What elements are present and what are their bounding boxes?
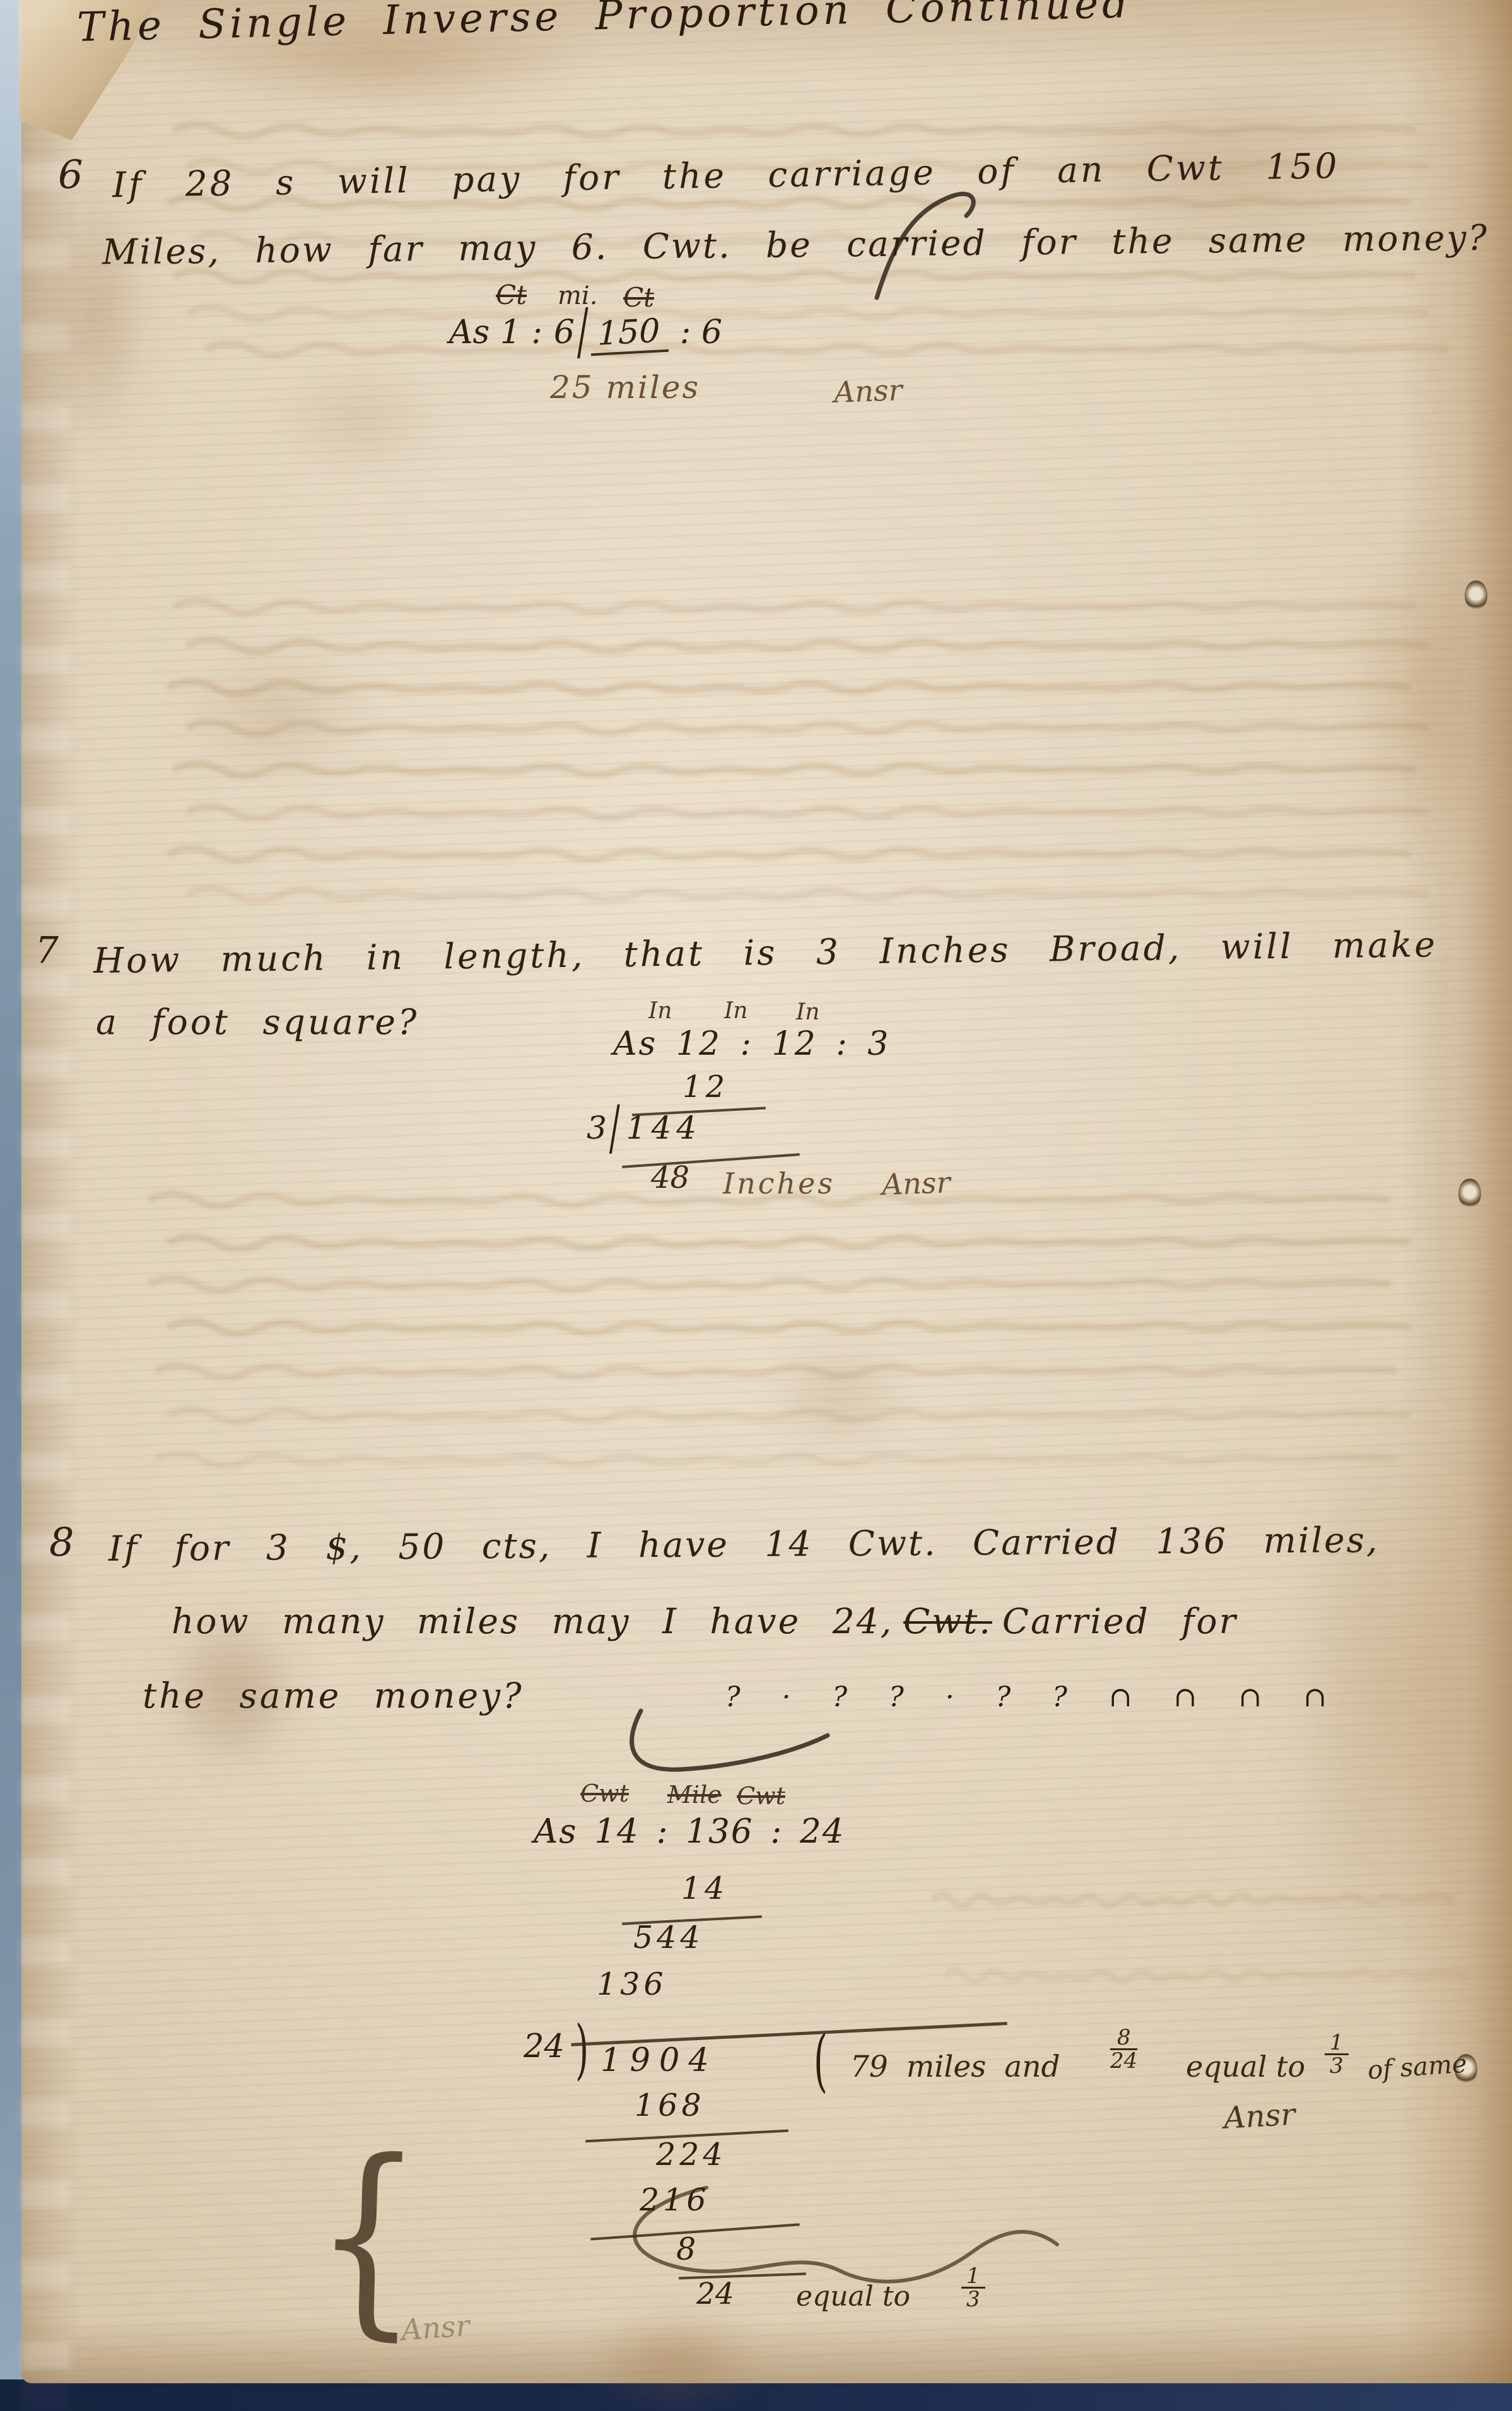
proportion-tail: : 6 xyxy=(680,314,722,351)
problem-7-division: 3∕144 xyxy=(587,1112,701,1145)
fraction-numerator: 8 xyxy=(1110,2027,1137,2050)
long-division-open-bracket: ) xyxy=(575,2016,589,2084)
problem-8-proportion: As 14 : 136 : 24 xyxy=(534,1814,845,1850)
problem-8-product: 544 xyxy=(633,1921,704,1954)
remainder-fraction: 8 24 xyxy=(1110,2027,1137,2072)
problem-8-line-2: how many miles may I have 24,Cwt.Carried… xyxy=(172,1604,1238,1640)
fraction-denominator: 24 xyxy=(1110,2050,1137,2071)
problem-7-unit-3: In xyxy=(796,1000,819,1024)
fraction-numerator: 1 xyxy=(1325,2033,1349,2055)
long-division-dividend: 1904 xyxy=(601,2044,718,2078)
of-same-text: of same xyxy=(1367,2051,1468,2084)
problem-8-unit-1: Cwt xyxy=(580,1781,629,1807)
problem-6-answer-label: Ansr xyxy=(833,375,903,408)
proportion-divisor: 6 xyxy=(554,314,575,351)
faint-answer-scrawl: Ansr xyxy=(400,2310,471,2345)
problem-8-multiplier: 14 xyxy=(681,1872,728,1904)
quotient-text: 79 miles and xyxy=(850,2051,1060,2082)
remainder-value: 8 xyxy=(676,2233,696,2265)
proportion-lead: As 1 : xyxy=(449,314,542,351)
check-equal-text: equal to xyxy=(796,2282,910,2311)
problem-8-answer-label: Ansr xyxy=(1223,2099,1296,2134)
pen-trial-marks: ? · ? ? · ? ? ∩ ∩ ∩ ∩ xyxy=(725,1683,1343,1712)
fraction-denominator: 3 xyxy=(961,2289,985,2309)
third-fraction: 1 3 xyxy=(1325,2033,1349,2077)
problem-8-unit-3: Cwt xyxy=(737,1784,785,1809)
problem-6-answer: 25 miles xyxy=(550,371,700,404)
line-2-post: Carried for xyxy=(1002,1601,1238,1641)
subtraction-1: 168 xyxy=(635,2089,705,2121)
fraction-denominator: 3 xyxy=(1325,2055,1349,2076)
problem-6-proportion: As 1 :6∕150: 6 xyxy=(449,315,722,354)
division-slash: ∕ xyxy=(577,300,589,365)
division-dividend: 144 xyxy=(626,1110,701,1146)
problem-8-number: 8 xyxy=(49,1522,74,1563)
problem-7-line-2: a foot square? xyxy=(96,1004,419,1041)
long-division-divisor: 24 xyxy=(524,2030,565,2064)
check-fraction: 1 3 xyxy=(961,2266,985,2310)
problem-7-proportion: As 12 : 12 : 3 xyxy=(613,1027,890,1062)
fraction-numerator: 1 xyxy=(961,2266,985,2289)
problem-8-line-3: the same money? xyxy=(143,1678,524,1715)
problem-7-answer-label: Ansr xyxy=(881,1167,951,1200)
problem-7-multiplier: 12 xyxy=(683,1071,729,1103)
manuscript-scan: The Single Inverse Proportion Continued … xyxy=(0,0,1512,2411)
problem-8-unit-2: Mile xyxy=(667,1783,722,1808)
problem-7-unit-2: In xyxy=(724,999,747,1023)
problem-7-number: 7 xyxy=(35,931,59,970)
problem-6-number: 6 xyxy=(58,154,83,195)
problem-8-line-1: If for 3 $, 50 cts, I have 14 Cwt. Carri… xyxy=(108,1522,1380,1568)
problem-7-unit-1: In xyxy=(648,999,672,1023)
division-divisor: 3 xyxy=(587,1110,607,1146)
problem-7-quotient-unit: Inches xyxy=(723,1168,835,1199)
line-2-pre: how many miles may I have 24, xyxy=(172,1601,893,1641)
problem-6-unit-3: Ct xyxy=(623,284,654,312)
check-value: 24 xyxy=(696,2279,734,2309)
line-2-struck-cwt: Cwt. xyxy=(903,1601,992,1641)
equal-to-text: equal to xyxy=(1186,2051,1305,2082)
subtraction-3: 216 xyxy=(640,2184,710,2216)
subtraction-2: 224 xyxy=(656,2138,727,2171)
ink-brace: { xyxy=(312,2130,423,2342)
problem-8-second-factor: 136 xyxy=(597,1968,667,2000)
long-division-close-bracket: ( xyxy=(814,2027,828,2098)
problem-7-quotient: 48 xyxy=(651,1162,689,1194)
division-slash: ∕ xyxy=(609,1096,620,1159)
problem-6-unit-1: Ct xyxy=(496,281,527,309)
proportion-dividend: 150 xyxy=(591,314,669,356)
